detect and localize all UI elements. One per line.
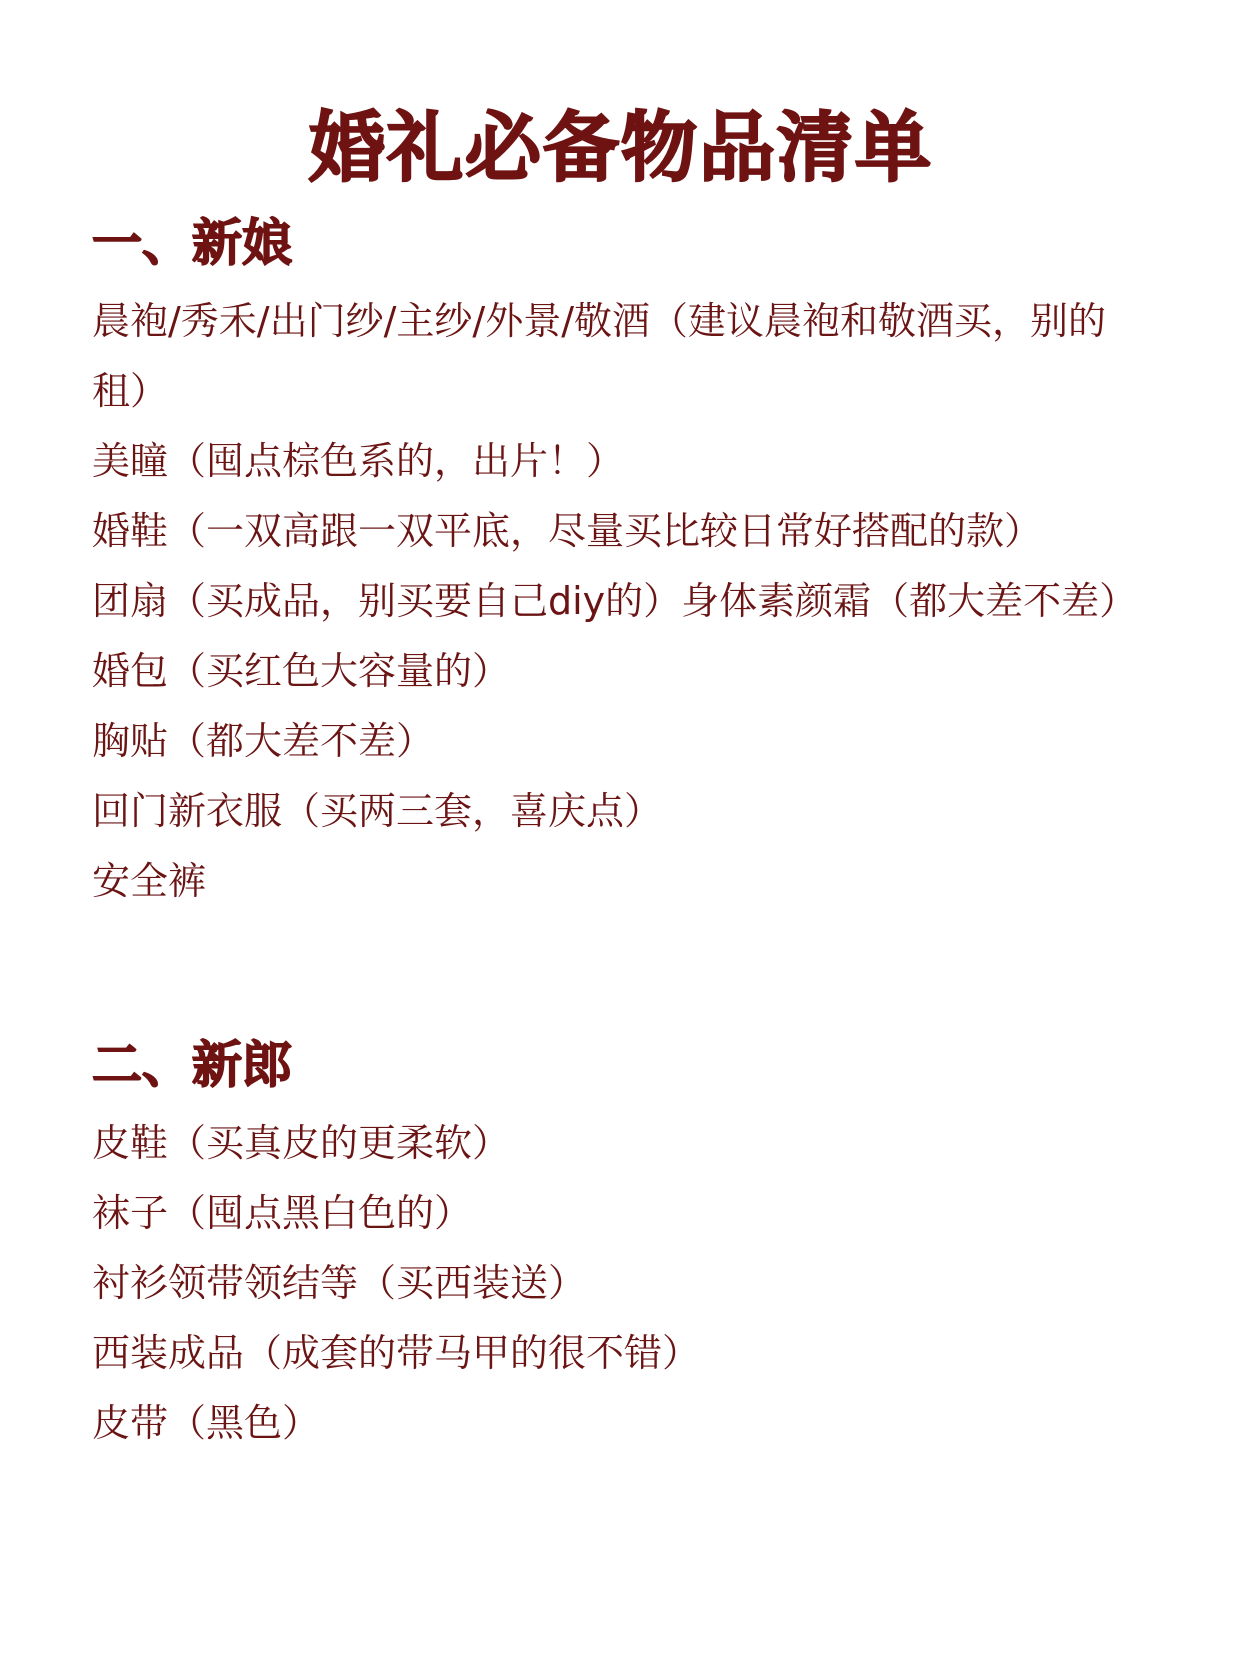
list-item: 婚鞋（一双高跟一双平底，尽量买比较日常好搭配的款） xyxy=(92,496,1192,566)
section-groom: 二、新郎 皮鞋（买真皮的更柔软） 袜子（囤点黑白色的） 衬衫领带领结等（买西装送… xyxy=(92,1030,1192,1458)
list-item: 美瞳（囤点棕色系的，出片！） xyxy=(92,426,1192,496)
list-item: 安全裤 xyxy=(92,846,1192,916)
list-item: 袜子（囤点黑白色的） xyxy=(92,1178,1192,1248)
section-bride: 一、新娘 晨袍/秀禾/出门纱/主纱/外景/敬酒（建议晨袍和敬酒买，别的租） 美瞳… xyxy=(92,208,1192,916)
list-item: 皮带（黑色） xyxy=(92,1388,1192,1458)
list-item: 皮鞋（买真皮的更柔软） xyxy=(92,1108,1192,1178)
checklist-page: 婚礼必备物品清单 一、新娘 晨袍/秀禾/出门纱/主纱/外景/敬酒（建议晨袍和敬酒… xyxy=(0,0,1242,1656)
list-item: 衬衫领带领结等（买西装送） xyxy=(92,1248,1192,1318)
list-item: 婚包（买红色大容量的） xyxy=(92,636,1192,706)
section-heading-groom: 二、新郎 xyxy=(92,1030,1192,1100)
list-item: 晨袍/秀禾/出门纱/主纱/外景/敬酒（建议晨袍和敬酒买，别的租） xyxy=(92,286,1152,426)
list-item: 胸贴（都大差不差） xyxy=(92,706,1192,776)
list-item: 西装成品（成套的带马甲的很不错） xyxy=(92,1318,1192,1388)
list-item: 回门新衣服（买两三套，喜庆点） xyxy=(92,776,1192,846)
section-heading-bride: 一、新娘 xyxy=(92,208,1192,278)
list-item: 团扇（买成品，别买要自己diy的）身体素颜霜（都大差不差） xyxy=(92,566,1152,636)
page-title: 婚礼必备物品清单 xyxy=(0,98,1242,198)
